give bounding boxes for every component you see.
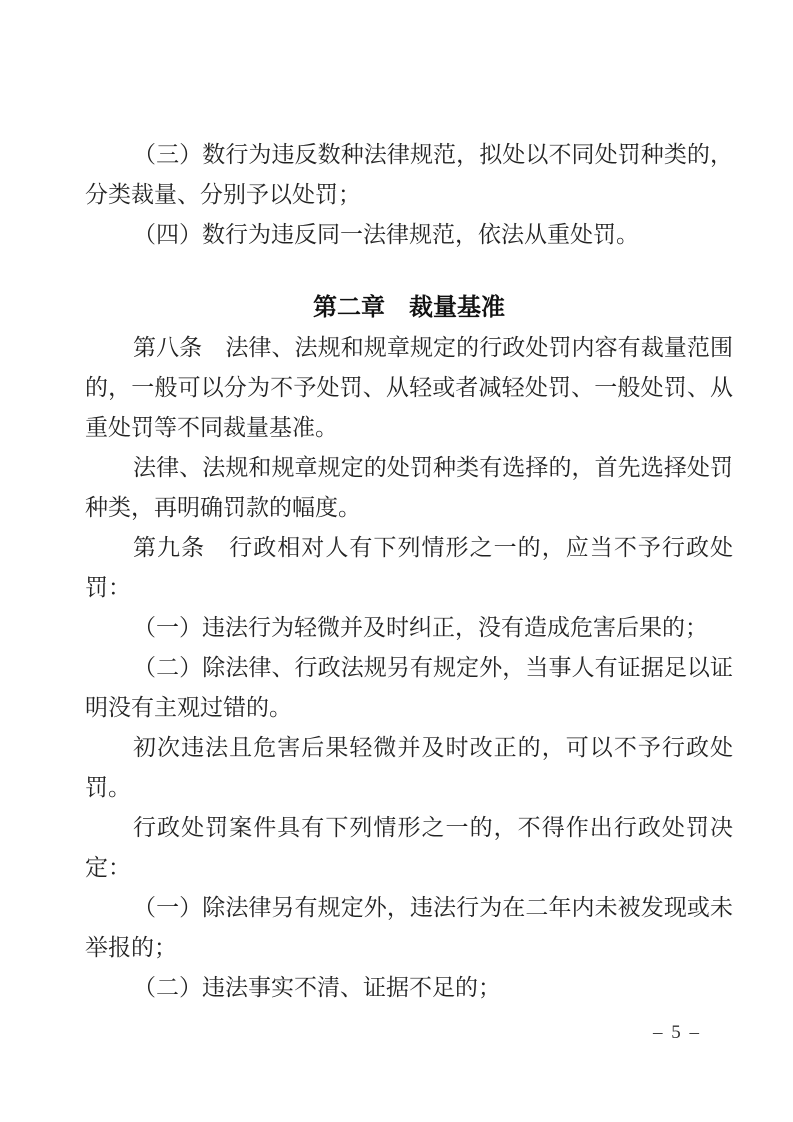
paragraph: （二）违法事实不清、证据不足的；: [85, 968, 733, 1008]
paragraph: 初次违法且危害后果轻微并及时改正的，可以不予行政处罚。: [85, 728, 733, 808]
paragraph: 行政处罚案件具有下列情形之一的，不得作出行政处罚决定：: [85, 808, 733, 888]
page-number: – 5 –: [653, 1021, 701, 1045]
paragraph: （三）数行为违反数种法律规范，拟处以不同处罚种类的，分类裁量、分别予以处罚；: [85, 135, 733, 215]
paragraph: （一）违法行为轻微并及时纠正，没有造成危害后果的；: [85, 608, 733, 648]
document-body: （三）数行为违反数种法律规范，拟处以不同处罚种类的，分类裁量、分别予以处罚； （…: [85, 0, 733, 1008]
paragraph: 法律、法规和规章规定的处罚种类有选择的，首先选择处罚种类，再明确罚款的幅度。: [85, 448, 733, 528]
paragraph: 第八条 法律、法规和规章规定的行政处罚内容有裁量范围的，一般可以分为不予处罚、从…: [85, 328, 733, 448]
paragraph: 第九条 行政相对人有下列情形之一的，应当不予行政处罚：: [85, 528, 733, 608]
chapter-heading: 第二章 裁量基准: [85, 288, 733, 328]
paragraph: （四）数行为违反同一法律规范，依法从重处罚。: [85, 215, 733, 255]
document-page: （三）数行为违反数种法律规范，拟处以不同处罚种类的，分类裁量、分别予以处罚； （…: [0, 0, 793, 1122]
paragraph: （二）除法律、行政法规另有规定外，当事人有证据足以证明没有主观过错的。: [85, 648, 733, 728]
paragraph: （一）除法律另有规定外，违法行为在二年内未被发现或未举报的；: [85, 888, 733, 968]
